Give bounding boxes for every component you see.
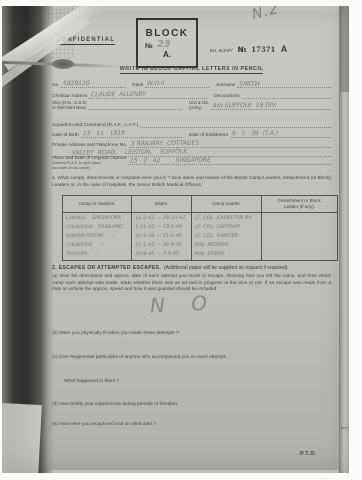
photo-area: P.T.O. N.2 CONFIDENTIAL BLOCK № 23 A. M.…: [2, 6, 349, 473]
row-ship-unit: Ship (R.N., U.S.N. or Merchant Navy Unit…: [52, 100, 331, 110]
ship-label: Ship (R.N., U.S.N. or Merchant Navy: [52, 100, 89, 110]
capture-field: 15 · 2 · 42 SINGAPORE: [128, 156, 331, 165]
camps-header-leader: Camp Leader.: [192, 196, 262, 213]
pto-label: P.T.O.: [300, 451, 317, 457]
stamp-a-text: A.: [163, 50, 171, 59]
stamp-block-text: BLOCK: [145, 28, 188, 39]
corner-shadow: [340, 6, 349, 92]
squadron-label: Squadron and Command (R.A.F., A.A.F.): [52, 123, 140, 128]
decorations-label: Decorations: [214, 94, 242, 99]
row-names-decorations: Christian Names CLAUDE ALLENBY Decoratio…: [52, 90, 331, 99]
camps-table: Camp or Hospital. Dates. Camp Leader. De…: [62, 195, 338, 261]
address-field-line1: 3 RAILWAY COTTAGES: [129, 139, 331, 148]
squadron-field: [140, 119, 331, 128]
ship-field: [89, 101, 182, 110]
question-1-text: 1. What camps, detachments or hospitals …: [52, 176, 331, 189]
table-row: TAMUAN —: [63, 249, 132, 258]
handwritten-no-answer: N O: [149, 290, 217, 317]
no-field: 5829126: [61, 79, 125, 88]
scanned-pow-questionnaire: P.T.O. N.2 CONFIDENTIAL BLOCK № 23 A. M.…: [0, 0, 362, 480]
question-2e-text: (e) How were you recaptured and on what …: [52, 422, 331, 429]
row-no-rank-surname: No. 5829126 Rank W.O.II Surname SMITH: [52, 79, 331, 88]
capture-label: Place and Date of Original Capture (Airc…: [52, 156, 128, 171]
unit-label: Unit & Div. (Army): [189, 100, 211, 110]
ref-prefix: M.I. 9/JAP/: [210, 48, 232, 53]
table-row: CHUNGKAI THAILAND: [63, 222, 132, 231]
tape-patch: [2, 403, 42, 473]
ref-no-sign: №: [237, 45, 246, 54]
date-of-birth-field: 13 · 11 · 1919: [81, 129, 182, 138]
stamp-no-label: №: [145, 43, 153, 50]
enlistment-field: 9 · 5 · 39 (T.A.): [230, 129, 331, 138]
row-squadron: Squadron and Command (R.A.F., A.A.F.): [52, 119, 331, 128]
surname-field: SMITH: [237, 79, 331, 88]
table-row: CHUNGKAI —: [63, 240, 132, 249]
table-row: NAKOM PATOM —: [63, 231, 132, 240]
rank-field: W.O.II: [145, 79, 209, 88]
pto-edge-fragment: P.T.O.: [341, 426, 349, 431]
table-row: CHANGI SINGAPORE: [63, 213, 132, 222]
ref-suffix: A: [281, 44, 288, 54]
question-2d-text: (d) Give briefly your experiences during…: [52, 402, 331, 409]
date-of-birth-label: Date of Birth: [52, 133, 81, 138]
ref-number-value: 17371: [252, 44, 276, 54]
question-2b-text: (b) Were you physically fit when you mad…: [52, 331, 331, 338]
surname-label: Surname: [216, 83, 237, 88]
question-2c2-text: What happened to them ?: [64, 379, 331, 386]
unit-field: 4th SUFFOLK 18 DIV.: [211, 101, 331, 110]
camps-header-detachment: Detachment or Block Leader (if any).: [262, 196, 337, 213]
row-birth-enlistment: Date of Birth 13 · 11 · 1919 Date of Enl…: [52, 129, 331, 138]
camps-header-camp: Camp or Hospital.: [63, 196, 132, 213]
decorations-field: [242, 90, 331, 99]
reference-number: M.I. 9/JAP/ № 17371 A: [210, 44, 287, 54]
row-capture: Place and Date of Original Capture (Airc…: [52, 156, 331, 171]
stamp-no-handwritten: 23: [157, 39, 171, 50]
enlistment-label: Date of Enlistment: [189, 133, 230, 138]
block-number-stamp: BLOCK № 23 A.: [136, 18, 198, 68]
camps-header-dates: Dates.: [132, 196, 192, 213]
question-2-heading: 2. ESCAPES OR ATTEMPTED ESCAPES. (Additi…: [52, 265, 331, 271]
row-address: Private Address and Telephone No. 3 RAIL…: [52, 139, 331, 148]
christian-names-label: Christian Names: [52, 94, 89, 99]
question-2c-text: (c) Give Regimental particulars of anyon…: [52, 355, 331, 362]
christian-names-field: CLAUDE ALLENBY: [89, 90, 207, 99]
rank-label: Rank: [132, 83, 145, 88]
string-knot: [52, 59, 74, 69]
